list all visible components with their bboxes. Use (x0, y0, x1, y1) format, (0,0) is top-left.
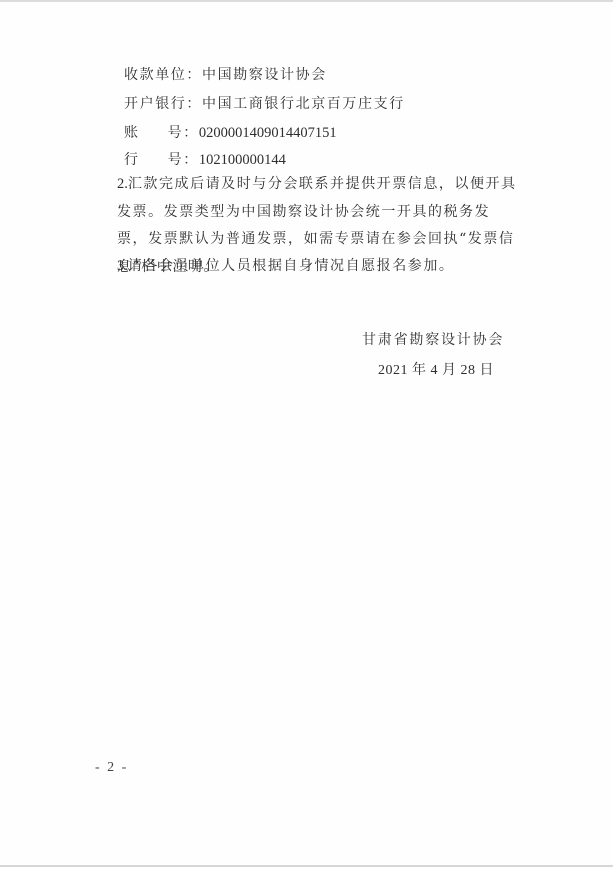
signature-date: 2021 年 4 月 28 日 (378, 359, 494, 379)
bank-code-number: 102100000144 (199, 152, 286, 168)
bank-line: 开户银行：中国工商银行北京百万庄支行 (124, 95, 405, 113)
item-3-number: 3. (117, 258, 128, 274)
account-number: 0200001409014407151 (199, 125, 337, 141)
bank-label: 开户银行： (124, 96, 202, 112)
page-bottom-edge (0, 865, 613, 867)
item-2-number: 2. (117, 176, 128, 192)
bank-value: 中国工商银行北京百万庄支行 (202, 96, 405, 112)
payee-label: 收款单位： (124, 67, 202, 83)
signature-organization: 甘肃省勘察设计协会 (362, 329, 504, 349)
page-number: - 2 - (95, 760, 128, 776)
bank-code-line: 行号：102100000144 (124, 151, 286, 169)
item-3-paragraph: 3.请各会员单位人员根据自身情况自愿报名参加。 (117, 253, 517, 281)
account-label-char2: 号： (168, 125, 199, 141)
document-page: 收款单位：中国勘察设计协会 开户银行：中国工商银行北京百万庄支行 账号：0200… (0, 0, 613, 867)
payee-value: 中国勘察设计协会 (202, 67, 327, 83)
page-top-edge (0, 0, 613, 2)
payee-line: 收款单位：中国勘察设计协会 (124, 66, 327, 84)
account-line: 账号：0200001409014407151 (124, 124, 337, 142)
bank-code-label-char2: 号： (168, 152, 199, 168)
account-label-char1: 账 (124, 125, 140, 141)
item-3-text: 请各会员单位人员根据自身情况自愿报名参加。 (128, 258, 455, 274)
bank-code-label-char1: 行 (124, 152, 140, 168)
